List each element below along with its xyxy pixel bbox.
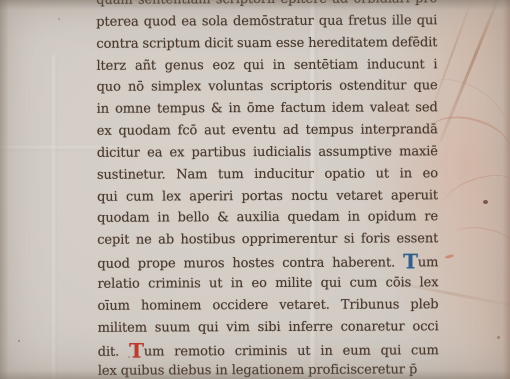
manuscript-page: quam sententiam scriptorii epitere ad or… [0,0,510,379]
vignette [0,0,510,379]
